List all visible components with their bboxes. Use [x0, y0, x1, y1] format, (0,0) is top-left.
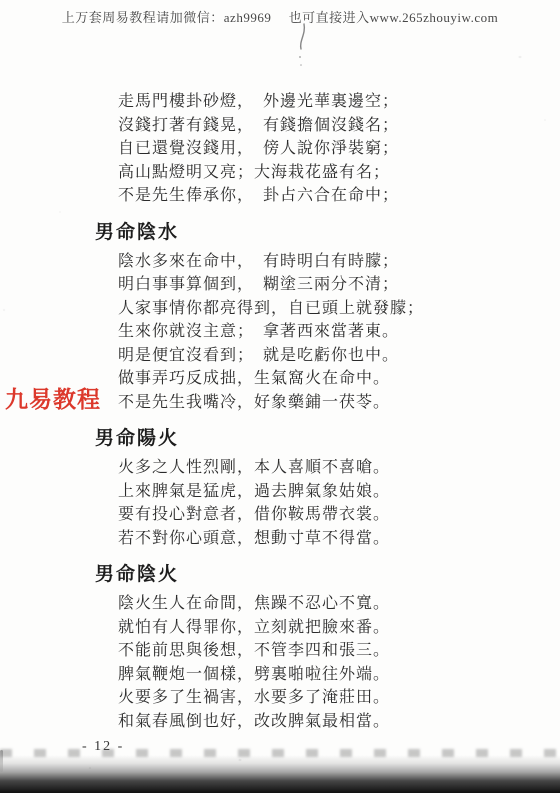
verse-line: 火多之人性烈剛，本人喜順不喜嗆。	[95, 456, 515, 480]
verse-line: 不是先生我嘴冷，好象藥鋪一茯苓。	[95, 391, 515, 415]
verse-line: 明白事事算個到， 糊塗三兩分不清；	[95, 273, 515, 297]
pen-stroke-mark	[294, 22, 310, 74]
section-title-yin-fire: 男命陰火	[95, 563, 515, 585]
verse-line: 走馬門樓卦砂燈， 外邊光華裏邊空；	[95, 90, 515, 114]
verse-line: 做事弄巧反成拙，生氣窩火在命中。	[95, 367, 515, 391]
verse-line: 不是先生俸承你， 卦占六合在命中；	[95, 184, 515, 208]
section-title-yin-water: 男命陰水	[95, 221, 515, 243]
verse-line: 就怕有人得罪你，立刻就把臉來番。	[95, 616, 515, 640]
verse-line: 沒錢打著有錢晃， 有錢擔個沒錢名；	[95, 114, 515, 138]
verse-line: 生來你就沒主意； 拿著西來當著東。	[95, 320, 515, 344]
verse-line: 要有投心對意者，借你鞍馬帶衣裳。	[95, 503, 515, 527]
verse-line: 和氣春風倒也好，改改脾氣最相當。	[95, 710, 515, 734]
promo-header-text: 上万套周易教程请加微信：azh9969 也可直接进入www.265zhouyiw…	[0, 7, 560, 26]
verse-line: 上來脾氣是猛虎，過去脾氣象姑娘。	[95, 480, 515, 504]
verse-line: 自已還覺沒錢用， 傍人說你淨裝窮；	[95, 137, 515, 161]
intro-verse-block: 走馬門樓卦砂燈， 外邊光華裏邊空； 沒錢打著有錢晃， 有錢擔個沒錢名； 自已還覺…	[95, 90, 515, 208]
section-verse-block: 火多之人性烈剛，本人喜順不喜嗆。 上來脾氣是猛虎，過去脾氣象姑娘。 要有投心對意…	[95, 456, 515, 550]
verse-line: 高山點燈明又亮；大海栽花盛有名；	[95, 161, 515, 185]
page-content: 走馬門樓卦砂燈， 外邊光華裏邊空； 沒錢打著有錢晃， 有錢擔個沒錢名； 自已還覺…	[95, 90, 515, 755]
verse-line: 陰火生人在命間，焦躁不忍心不寬。	[95, 592, 515, 616]
watermark-jiuyi-jiaocheng: 九易教程	[5, 381, 101, 414]
verse-line: 不能前思與後想，不管李四和張三。	[95, 639, 515, 663]
verse-line: 明是便宜沒看到； 就是吃虧你也中。	[95, 344, 515, 368]
section-title-yang-fire: 男命陽火	[95, 427, 515, 449]
section-verse-block: 陰火生人在命間，焦躁不忍心不寬。 就怕有人得罪你，立刻就把臉來番。 不能前思與後…	[95, 592, 515, 733]
verse-line: 火要多了生禍害，水要多了淹莊田。	[95, 686, 515, 710]
verse-line: 脾氣鞭炮一個樣，劈裏啪啦往外端。	[95, 663, 515, 687]
verse-line: 若不對你心頭意，想動寸草不得當。	[95, 527, 515, 551]
section-verse-block: 陰水多來在命中， 有時明白有時朦； 明白事事算個到， 糊塗三兩分不清； 人家事情…	[95, 250, 515, 415]
verse-line: 人家事情你都亮得到，自已頭上就發朦；	[95, 297, 515, 321]
verse-line: 陰水多來在命中， 有時明白有時朦；	[95, 250, 515, 274]
scan-shadow-band	[0, 755, 560, 793]
scanned-book-page: 上万套周易教程请加微信：azh9969 也可直接进入www.265zhouyiw…	[0, 0, 560, 793]
